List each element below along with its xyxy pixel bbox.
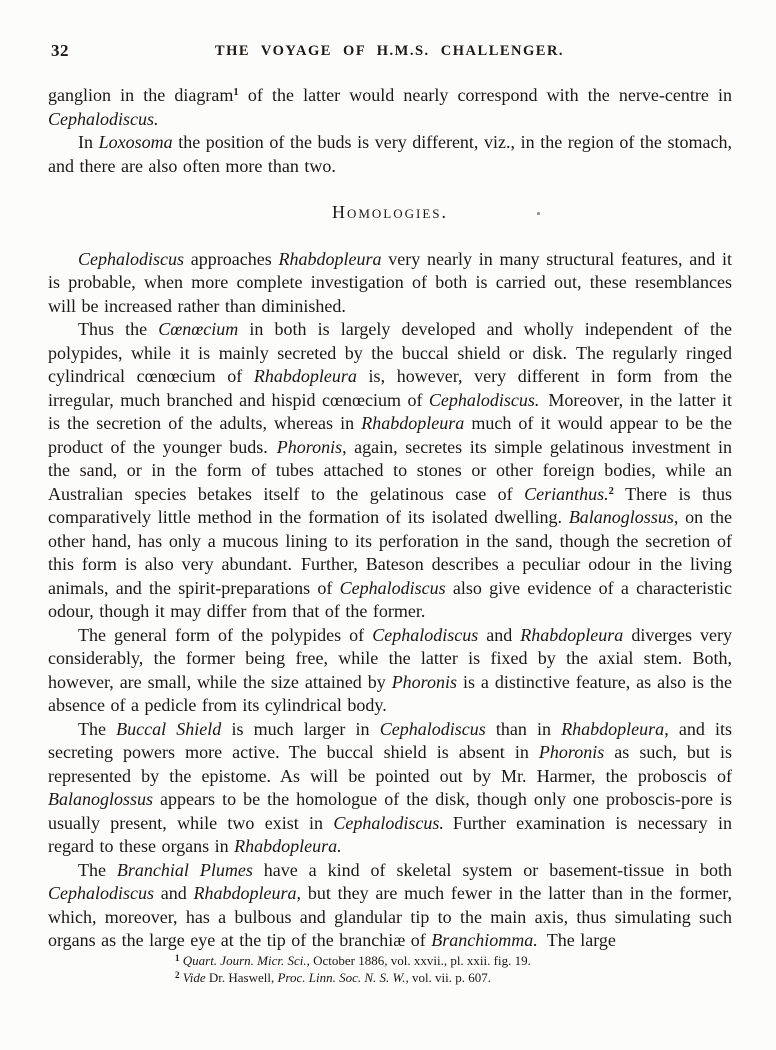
- running-title: THE VOYAGE OF H.M.S. CHALLENGER.: [48, 41, 731, 60]
- section-heading-homologies: Homologies.: [48, 201, 732, 225]
- paragraph-loxosoma: In Loxosoma the position of the buds is …: [48, 131, 732, 178]
- paragraph-general-form: The general form of the polypides of Cep…: [48, 624, 732, 718]
- paragraph-resemblances: Cephalodiscus approaches Rhabdopleura ve…: [48, 248, 732, 319]
- running-head: 32 THE VOYAGE OF H.M.S. CHALLENGER.: [48, 41, 731, 61]
- page-body: ganglion in the diagram1 of the latter w…: [48, 84, 732, 953]
- paragraph-coenoecium: Thus the Cœnœcium in both is largely dev…: [48, 318, 732, 624]
- footnote-1: 1 Quart. Journ. Micr. Sci., October 1886…: [175, 952, 695, 969]
- page-number: 32: [51, 41, 69, 61]
- footnote-2: 2 Vide Dr. Haswell, Proc. Linn. Soc. N. …: [175, 969, 695, 986]
- paragraph-buccal-shield: The Buccal Shield is much larger in Ceph…: [48, 718, 732, 859]
- paragraph-continuation: ganglion in the diagram1 of the latter w…: [48, 84, 732, 131]
- paragraph-branchial-plumes: The Branchial Plumes have a kind of skel…: [48, 859, 732, 953]
- footnotes: 1 Quart. Journ. Micr. Sci., October 1886…: [175, 952, 695, 986]
- book-page: 32 THE VOYAGE OF H.M.S. CHALLENGER. gang…: [0, 0, 776, 1050]
